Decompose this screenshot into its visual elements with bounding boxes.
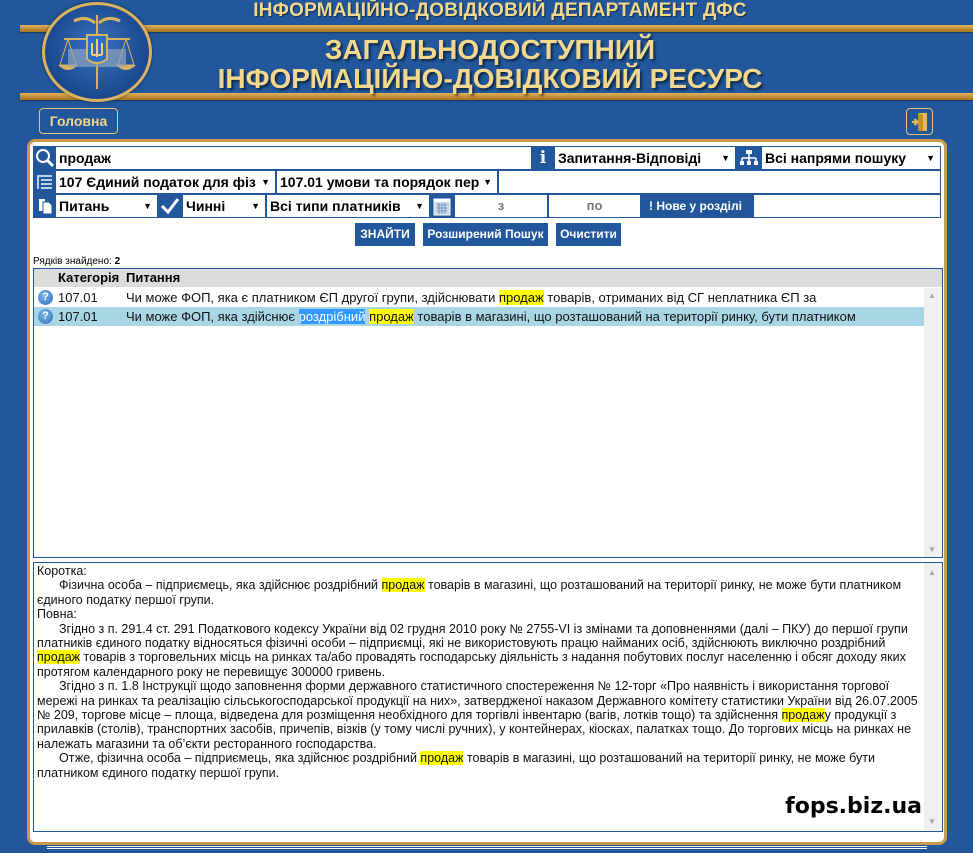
full-answer-paragraph-3: Отже, фізична особа – підприємець, яка з… xyxy=(37,751,919,780)
category-value: 107 Єдиний податок для фіз xyxy=(59,171,257,193)
question-icon: ? xyxy=(38,290,53,305)
row-category: 107.01 xyxy=(58,288,98,307)
rows-found: Рядків знайдено: 2 xyxy=(33,256,120,267)
results-header: Категорія Питання xyxy=(34,269,942,287)
row-question-text: товарів в магазині, що розташований на т… xyxy=(414,309,856,324)
department-title: ІНФОРМАЦІЙНО-ДОВІДКОВИЙ ДЕПАРТАМЕНТ ДФС xyxy=(190,0,810,22)
exit-button[interactable] xyxy=(906,108,933,135)
status-select[interactable]: Чинні xyxy=(183,195,265,217)
full-answer-label: Повна: xyxy=(37,607,919,621)
row-question: Чи може ФОП, яка здійснює роздрібний про… xyxy=(126,307,856,326)
watermark: fops.biz.ua xyxy=(785,794,922,819)
date-from-input[interactable]: з xyxy=(455,195,547,217)
answer-text: товарів з торговельних місць на ринках т… xyxy=(37,650,906,678)
payer-type-select[interactable]: Всі типи платників xyxy=(267,195,429,217)
full-answer-paragraph-1: Згідно з п. 291.4 ст. 291 Податкового ко… xyxy=(37,622,919,680)
header-gold-bar-bottom xyxy=(20,93,973,100)
filters-extra-field xyxy=(754,195,940,217)
answer-text: Згідно з п. 291.4 ст. 291 Податкового ко… xyxy=(37,622,908,650)
highlight-term: продаж xyxy=(420,751,463,765)
info-icon: i xyxy=(532,147,554,169)
search-in-select[interactable]: Питань xyxy=(56,195,157,217)
resource-title-line1: ЗАГАЛЬНОДОСТУПНИЙ xyxy=(170,35,810,64)
search-row-filters: Питань Чинні Всі типи платників з по ! Н… xyxy=(33,194,941,218)
row-question: Чи може ФОП, яка є платником ЄП другої г… xyxy=(126,288,816,307)
full-answer-paragraph-2: Згідно з п. 1.8 Інструкції щодо заповнен… xyxy=(37,679,919,751)
calendar-icon[interactable] xyxy=(430,195,454,217)
highlight-term: продаж xyxy=(382,578,425,592)
list-tree-icon xyxy=(34,171,56,193)
row-question-text: Чи може ФОП, яка є платником ЄП другої г… xyxy=(126,290,499,305)
results-scrollbar[interactable]: ▲ ▼ xyxy=(924,288,942,557)
short-answer-label: Коротка: xyxy=(37,564,919,578)
row-question-text: Чи може ФОП, яка здійснює xyxy=(126,309,299,324)
header-gold-bar-top xyxy=(20,25,973,32)
rows-found-label: Рядків знайдено: xyxy=(33,256,115,267)
scroll-up-arrow-icon[interactable]: ▲ xyxy=(928,568,936,577)
dfs-emblem-icon xyxy=(42,2,152,102)
exit-door-icon xyxy=(911,112,928,132)
subcategory-value: 107.01 умови та порядок пер xyxy=(280,171,479,193)
clear-button[interactable]: Очистити xyxy=(556,223,621,246)
direction-value: Всі напрями пошуку xyxy=(765,147,906,169)
resource-title: ЗАГАЛЬНОДОСТУПНИЙ ІНФОРМАЦІЙНО-ДОВІДКОВИ… xyxy=(170,35,810,93)
answer-content: Коротка: Фізична особа – підприємець, як… xyxy=(37,564,919,780)
advanced-search-button[interactable]: Розширений Пошук xyxy=(423,223,548,246)
direction-select[interactable]: Всі напрями пошуку xyxy=(762,147,940,169)
scroll-up-arrow-icon[interactable]: ▲ xyxy=(928,291,936,300)
payer-type-value: Всі типи платників xyxy=(270,195,401,217)
answer-panel: Коротка: Фізична особа – підприємець, як… xyxy=(33,562,943,832)
answer-text: Фізична особа – підприємець, яка здійсню… xyxy=(59,578,382,592)
highlight-term: продаж xyxy=(369,309,414,324)
search-row-query: продаж i Запитання-Відповіді Всі напрями… xyxy=(33,146,941,170)
answer-scrollbar[interactable]: ▲ ▼ xyxy=(924,563,942,831)
subcategory-extra-field xyxy=(499,171,940,193)
highlight-term: продаж xyxy=(782,708,825,722)
search-in-value: Питань xyxy=(59,195,109,217)
table-row-selected[interactable]: ? 107.01 Чи може ФОП, яка здійснює роздр… xyxy=(34,307,924,326)
find-button[interactable]: ЗНАЙТИ xyxy=(355,223,415,246)
short-answer-text: Фізична особа – підприємець, яка здійсню… xyxy=(37,578,919,607)
search-icon[interactable] xyxy=(34,147,56,169)
doc-type-value: Запитання-Відповіді xyxy=(558,147,701,169)
results-table: Категорія Питання ? 107.01 Чи може ФОП, … xyxy=(33,268,943,558)
table-row[interactable]: ? 107.01 Чи може ФОП, яка є платником ЄП… xyxy=(34,288,924,307)
new-in-section-button[interactable]: ! Нове у розділі xyxy=(641,195,753,217)
answer-text: Отже, фізична особа – підприємець, яка з… xyxy=(59,751,420,765)
main-panel: продаж i Запитання-Відповіді Всі напрями… xyxy=(27,139,947,845)
question-icon: ? xyxy=(38,309,53,324)
selected-text: роздрібний xyxy=(299,309,366,324)
scroll-down-arrow-icon[interactable]: ▼ xyxy=(928,545,936,554)
scroll-down-arrow-icon[interactable]: ▼ xyxy=(928,817,936,826)
site-header: ІНФОРМАЦІЙНО-ДОВІДКОВИЙ ДЕПАРТАМЕНТ ДФС … xyxy=(0,0,973,140)
search-input[interactable]: продаж xyxy=(56,147,531,169)
category-select[interactable]: 107 Єдиний податок для фіз xyxy=(56,171,275,193)
column-category[interactable]: Категорія xyxy=(58,269,119,287)
subcategory-select[interactable]: 107.01 умови та порядок пер xyxy=(277,171,497,193)
home-button[interactable]: Головна xyxy=(39,108,118,134)
column-question[interactable]: Питання xyxy=(126,269,180,287)
checkmark-icon[interactable] xyxy=(158,195,182,217)
row-category: 107.01 xyxy=(58,307,98,326)
action-bar: ЗНАЙТИ Розширений Пошук Очистити xyxy=(30,223,938,247)
highlight-term: продаж xyxy=(37,650,80,664)
resource-title-line2: ІНФОРМАЦІЙНО-ДОВІДКОВИЙ РЕСУРС xyxy=(170,64,810,93)
search-row-category: 107 Єдиний податок для фіз 107.01 умови … xyxy=(33,170,941,194)
hierarchy-icon xyxy=(736,147,761,169)
row-question-text: товарів, отриманих від СГ неплатника ЄП … xyxy=(544,290,817,305)
date-to-input[interactable]: по xyxy=(549,195,640,217)
highlight-term: продаж xyxy=(499,290,544,305)
rows-found-count: 2 xyxy=(115,256,121,267)
doc-type-select[interactable]: Запитання-Відповіді xyxy=(555,147,735,169)
status-value: Чинні xyxy=(186,195,225,217)
documents-icon xyxy=(34,195,56,217)
footer-divider xyxy=(47,846,927,849)
